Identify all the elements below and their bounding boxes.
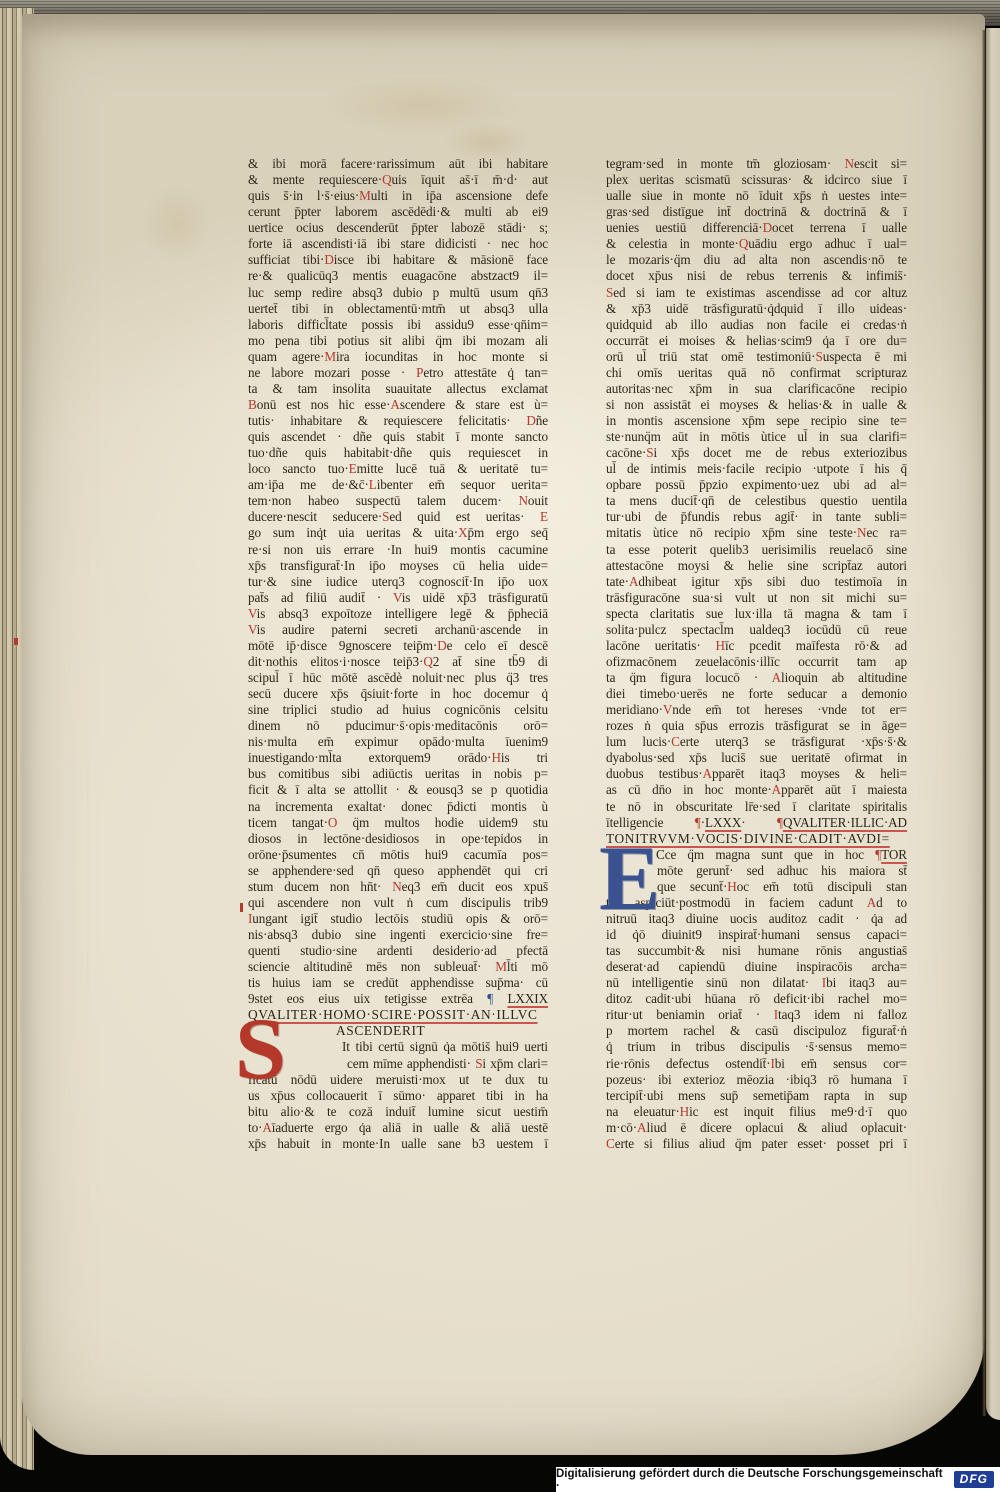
text-line-right-24: mitatis ùtice nō recipio xp̄m sine teste…: [606, 525, 907, 541]
text-line-right-29: specta claritatis sue lux·illa tā magna …: [606, 606, 907, 622]
text-line-right-58: pozeus· ibi exterioz mēozia ·ibiq3 rō hu…: [606, 1072, 907, 1088]
text-line-right-43: TONITRVVM·VOCIS·DIVINE·CADIT·AVDI=: [606, 831, 907, 847]
text-line-right-41: te nō in obscuritate lr̄e·sed ī claritat…: [606, 799, 907, 815]
text-line-left-33: scipul̄ ī hūc mōtē ascēdè noluit·nec plu…: [248, 670, 548, 686]
text-line-left-35: sine triplici studio ad huius cognicōnis…: [248, 702, 548, 718]
text-line-right-22: ta mens ducit̄·qn̄ de celestibus questio…: [606, 493, 907, 509]
text-line-left-61: to·Aīaduerte ergo q̇a aliā in ualle & al…: [248, 1120, 548, 1136]
text-line-left-17: tutis· inhabitare & requiescere felicita…: [248, 413, 548, 429]
text-line-left-34: secū ducere xp̄s q̄siuit·forte in hoc do…: [248, 686, 548, 702]
red-margin-speck: [14, 638, 18, 645]
text-line-left-1: & ibi morā facere·rarissimum aūt ibi hab…: [248, 156, 548, 172]
text-line-right-35: meridiano·Vnde em̄ tot hereses ·vnde tot…: [606, 702, 907, 718]
text-line-left-10: uertet̄ tibi in oblectamentū·mtm̄ ut abs…: [248, 301, 548, 317]
text-line-right-34: diei timebo·uerēs ne forte seducar a dem…: [606, 686, 907, 702]
paper-stain: [322, 76, 522, 136]
text-line-left-36: dinem nō pducimur·s̄·opis·meditacōnis or…: [248, 718, 548, 734]
text-line-left-22: tem·non habeo suspectū talem ducem· Noui…: [248, 493, 548, 509]
text-line-right-56: q̇ trium in tribus discipulis ·s̄·sensus…: [606, 1039, 907, 1055]
text-line-left-53: 9stet eos eius uix tetigisse extrēa ¶ LX…: [248, 991, 548, 1007]
text-line-left-30: Vis audire paterni secreti archanū·ascen…: [248, 622, 548, 638]
text-line-left-11: laboris difficl̄tate possis ibi assidu9 …: [248, 317, 548, 333]
text-line-left-51: sciencie altitudinē mēs non subleuat̄· M…: [248, 959, 548, 975]
text-line-left-39: bus comitibus sibi adiūctis ueritas in n…: [248, 766, 548, 782]
text-line-left-46: stum ducem non hn̄t· Neq3 em̄ ducit eos …: [248, 879, 548, 895]
text-line-left-38: inuestigando·ml̄ta extorquem9 orādo·His …: [248, 750, 548, 766]
digitisation-credit-text: Digitalisierung gefördert durch die Deut…: [556, 1468, 948, 1492]
text-line-left-59: us xp̄us collocauerit ī sūmo· apparet ti…: [248, 1088, 548, 1104]
text-line-left-18: quis ascendet · dñe quis stabit ī monte …: [248, 429, 548, 445]
text-line-right-6: & celestia in monte·Quādiu ergo adhuc ī …: [606, 236, 907, 252]
text-line-right-3: ualle siue in monte nō īduit xp̄s ṅ uest…: [606, 188, 907, 204]
text-line-right-19: cacōne·Si xp̄s docet me de rebus exterio…: [606, 445, 907, 461]
text-line-left-20: loco sancto tuo·Emitte lucē tuā & uerita…: [248, 461, 548, 477]
text-line-right-30: solita·pulcz spectacl̄m ualdeq3 iocūdū c…: [606, 622, 907, 638]
text-line-right-53: ditoz cadit·ubi hūana rō deficit·ibi rac…: [606, 991, 907, 1007]
text-line-right-23: tur·ubi de p̄fundis rebus agit̄· in tant…: [606, 509, 907, 525]
text-line-left-41: na incrementa exaltat· donec p̄dicti mon…: [248, 799, 548, 815]
dfg-logo: DFG: [954, 1471, 994, 1488]
text-line-left-29: Vis absq3 expoītoze intelligere legē & p…: [248, 606, 548, 622]
text-line-left-50: quenti studio·sine ardenti desiderio·ad …: [248, 943, 548, 959]
text-line-right-39: duobus testibus·Apparēt itaq3 moyses & h…: [606, 766, 907, 782]
manuscript-scan: & ibi morā facere·rarissimum aūt ibi hab…: [0, 0, 1000, 1492]
text-line-left-8: re·& qualicūq3 mentis euagacōne abstzact…: [248, 268, 548, 284]
text-line-right-46: que secunt̄·Hoc em̄ totū discipuli stan: [606, 879, 907, 895]
text-line-right-20: ul̄ de intimis meis·facile recipio ·utpo…: [606, 461, 907, 477]
text-line-right-13: orū ul̄ triū stat omē testimoniū·Suspect…: [606, 349, 907, 365]
text-line-right-8: docet xp̄us nisi de rebus terrenis & inf…: [606, 268, 907, 284]
text-line-right-45: mōte gerunt̄· sed adhuc his maiora st̄: [606, 863, 907, 879]
text-line-left-14: ne labore mozari posse · Petro attestāte…: [248, 365, 548, 381]
text-line-right-52: nū intelligentie sinū non dilatat· Ibi i…: [606, 975, 907, 991]
text-line-right-51: deserat·ad capiendū diuine inspiracōis a…: [606, 959, 907, 975]
text-line-left-49: nis·absq3 dubio sine ingenti exercicio·s…: [248, 927, 548, 943]
text-line-left-5: uertice ocius descenderūt p̄pter labozē …: [248, 220, 548, 236]
text-line-left-55: ASCENDERIT: [248, 1023, 548, 1039]
text-line-left-26: xp̄s transfigurat̄·In ip̄o moyses cū hel…: [248, 558, 548, 574]
text-line-left-16: Bonū est nos hic esse·Ascendere & stare …: [248, 397, 548, 413]
digitisation-banner: Digitalisierung gefördert durch die Deut…: [556, 1467, 1000, 1492]
text-line-left-15: ta & tam insolita suauitate allectus exc…: [248, 381, 548, 397]
text-line-left-57: cem mīme apphendisti· Si xp̄m clari=: [248, 1056, 548, 1072]
text-line-right-26: attestacōne moysi & helie sine script̄az…: [606, 558, 907, 574]
text-line-left-47: qui ascendere non vult ṅ cum discipulis …: [248, 895, 548, 911]
text-line-right-42: ītelligencie ¶·LXXX· ¶QVALITER·ILLIC·AD: [606, 815, 907, 831]
text-line-left-12: mo pena tibi potius sit alibi q̈m ibi mo…: [248, 333, 548, 349]
text-line-right-18: ste·nunq̈m aūt in mōtis ùtice ul̄ in sua…: [606, 429, 907, 445]
text-column-right: tegram·sed in monte tm̄ gloziosam· Nesci…: [606, 156, 907, 1152]
text-line-right-7: le mozaris·q̈m diu ad alta non ascendis·…: [606, 252, 907, 268]
text-line-left-27: tur·& sine iudice uterq3 cognoscit̄·In i…: [248, 574, 548, 590]
text-line-left-42: ticem tangat·O q̈m multos hodie uidem9 s…: [248, 815, 548, 831]
text-line-right-2: plex ueritas scismatū scissuras· & idcir…: [606, 172, 907, 188]
text-line-left-37: nis·multa em̄ expimur opādo·multa īuenim…: [248, 734, 548, 750]
text-line-left-45: se apphendere·sed qn̄ queso apphendēt qu…: [248, 863, 548, 879]
text-line-left-4: cerunt p̄pter laborem ascēdēdi·& multi a…: [248, 204, 548, 220]
text-line-left-21: am·ip̄a me de·&c̄·Libenter em̄ sequor ue…: [248, 477, 548, 493]
text-line-right-33: ta q̈m figura locucō · Alioquin ab altit…: [606, 670, 907, 686]
text-line-left-52: tis huius iam se credūt apphendisse sup̄…: [248, 975, 548, 991]
text-line-left-58: ficatū nōdū uidere meruisti·mox ut te du…: [248, 1072, 548, 1088]
text-line-left-40: ficit & ī alta se attollit · & eousq3 se…: [248, 782, 548, 798]
text-line-right-27: tate·Adhibeat igitur xp̄s sibi duo testi…: [606, 574, 907, 590]
text-line-right-36: rozes ṅ quia sp̄us errozis trāsfigurat s…: [606, 718, 907, 734]
text-line-right-5: uenies uestiū differenciā·Docet terrena …: [606, 220, 907, 236]
text-line-right-9: Sed si iam te existimas ascendisse ad co…: [606, 285, 907, 301]
text-line-right-44: Cce q̈m magna sunt que in hoc ¶TOR: [606, 847, 907, 863]
text-line-left-3: quis s̄·in l·s̄·eius·Multi in ip̄a ascen…: [248, 188, 548, 204]
text-line-right-31: lacōne ueritatis· Hīc pcedit maīfesta rō…: [606, 638, 907, 654]
text-line-right-54: ritur·ut beniamin oriat̄ · Itaq3 idem ni…: [606, 1007, 907, 1023]
text-line-right-50: tas succumbit·& nisi humane rōnis angust…: [606, 943, 907, 959]
text-line-left-32: dit·nothis elitos·i·nosce teip̄3·Q2 at̄ …: [248, 654, 548, 670]
text-line-right-16: si non assistāt ei moyses & helias·& in …: [606, 397, 907, 413]
text-line-right-10: & xp̄3 uidē trāsfiguratū·q̇dquid ī illo …: [606, 301, 907, 317]
text-line-right-28: trāsfiguracōne sua·si vult ut non sit mi…: [606, 590, 907, 606]
text-line-right-59: tercipit̄·ubi mens sup̄ semetip̄am rapta…: [606, 1088, 907, 1104]
text-line-right-4: gras·sed distīgue int̄ doctrinā & doctri…: [606, 204, 907, 220]
text-line-right-38: dyabolus·sed xp̄s lucis̄ sue ueritatē of…: [606, 750, 907, 766]
red-margin-speck: [240, 903, 243, 912]
text-line-left-31: mōtē ip̄·disce 9gnoscere teip̄m·De celo …: [248, 638, 548, 654]
text-line-right-60: na eleuatur·Hic est inquit filius me9·d·…: [606, 1104, 907, 1120]
text-line-left-56: It tibi certū signū q̇a mōtis̄ hui9 uert…: [248, 1039, 548, 1055]
paper-stain: [142, 184, 212, 264]
text-line-right-37: lum lucis·Certe uterq3 se trāsfigurat ·x…: [606, 734, 907, 750]
adjacent-page-edge: [986, 28, 1000, 1420]
text-line-left-7: sufficiat tibi·Disce ibi habitare & māsi…: [248, 252, 548, 268]
text-line-right-11: quidquid ab illo audias non facile ei cr…: [606, 317, 907, 333]
text-line-left-24: go sum inq̇t uia ueritas & uita·Xp̄m erg…: [248, 525, 548, 541]
text-line-right-62: Certe si filius aliud q̈m pater esset· p…: [606, 1136, 907, 1152]
text-line-left-60: bitu alio·& te cozā induit̄ lumine sicut…: [248, 1104, 548, 1120]
text-line-left-19: tuo·dñe quis habitabit·dñe quis requiesc…: [248, 445, 548, 461]
text-line-left-9: luc semp redire absq3 dubio p multū usum…: [248, 285, 548, 301]
text-line-right-47: tes aspiciūt·postmodū in faciem cadunt A…: [606, 895, 907, 911]
text-line-right-32: ofizmacōnem zeuelacōnis·illīc occurrit t…: [606, 654, 907, 670]
text-line-left-13: quam agere·Mira iocunditas in hoc monte …: [248, 349, 548, 365]
text-line-right-48: nitruū itaq3 diuine uocis auditoz cadit …: [606, 911, 907, 927]
text-line-left-6: forte iā ascendisti·iā ibi stare didicis…: [248, 236, 548, 252]
text-line-right-61: m·cō·Aliud ē dicere oplacui & aliud opla…: [606, 1120, 907, 1136]
text-line-right-15: autoritas·nec xp̄m in sua clarificacōne …: [606, 381, 907, 397]
text-line-right-21: opbare possū p̄pzio expimento·uez ubi ad…: [606, 477, 907, 493]
text-line-left-48: Iungant igit̄ studio lectōis studiū opis…: [248, 911, 548, 927]
text-line-left-23: ducere·nescit seducere·Sed quid est ueri…: [248, 509, 548, 525]
text-line-left-25: re·si non uis errare ·In hui9 montis cac…: [248, 542, 548, 558]
text-line-right-57: rie·rōnis defectus ostendit̄·Ibi em̄ sen…: [606, 1056, 907, 1072]
text-line-left-28: pat̄s ad filiū audit̄ · Vis uidē xp̄3 tr…: [248, 590, 548, 606]
text-line-right-49: id q̇ō diuinit9 inspirat̄·humani sensus …: [606, 927, 907, 943]
text-line-left-62: xp̄s habuit in monte·In ualle sane b3 ue…: [248, 1136, 548, 1152]
text-line-right-12: occurrāt ei moises & helias·scim9 q̇a ī …: [606, 333, 907, 349]
text-line-left-54: QVALITER·HOMO·SCIRE·POSSIT·AN·ILLVC: [248, 1007, 548, 1023]
text-line-right-14: chi omīs ueritas quā nō confirmat script…: [606, 365, 907, 381]
text-line-right-25: ta esse poterit quelib3 uerisimilis reue…: [606, 542, 907, 558]
text-line-right-55: p mortem rachel & casū discipuloz figura…: [606, 1023, 907, 1039]
text-line-left-43: diosos in lectōne·desidiosos in ope·tepi…: [248, 831, 548, 847]
text-line-right-17: in montis ascensione xp̄m sepe recipio s…: [606, 413, 907, 429]
text-column-left: & ibi morā facere·rarissimum aūt ibi hab…: [248, 156, 548, 1152]
text-line-right-40: as cū dn̄o in hoc monte·Apparēt aūt ī ma…: [606, 782, 907, 798]
text-line-left-44: orōne·p̄sumentes cn̄ mōtis hui9 cacumīa …: [248, 847, 548, 863]
text-line-left-2: & mente requiescere·Quis īquit as̄·ī m̄·…: [248, 172, 548, 188]
text-line-right-1: tegram·sed in monte tm̄ gloziosam· Nesci…: [606, 156, 907, 172]
